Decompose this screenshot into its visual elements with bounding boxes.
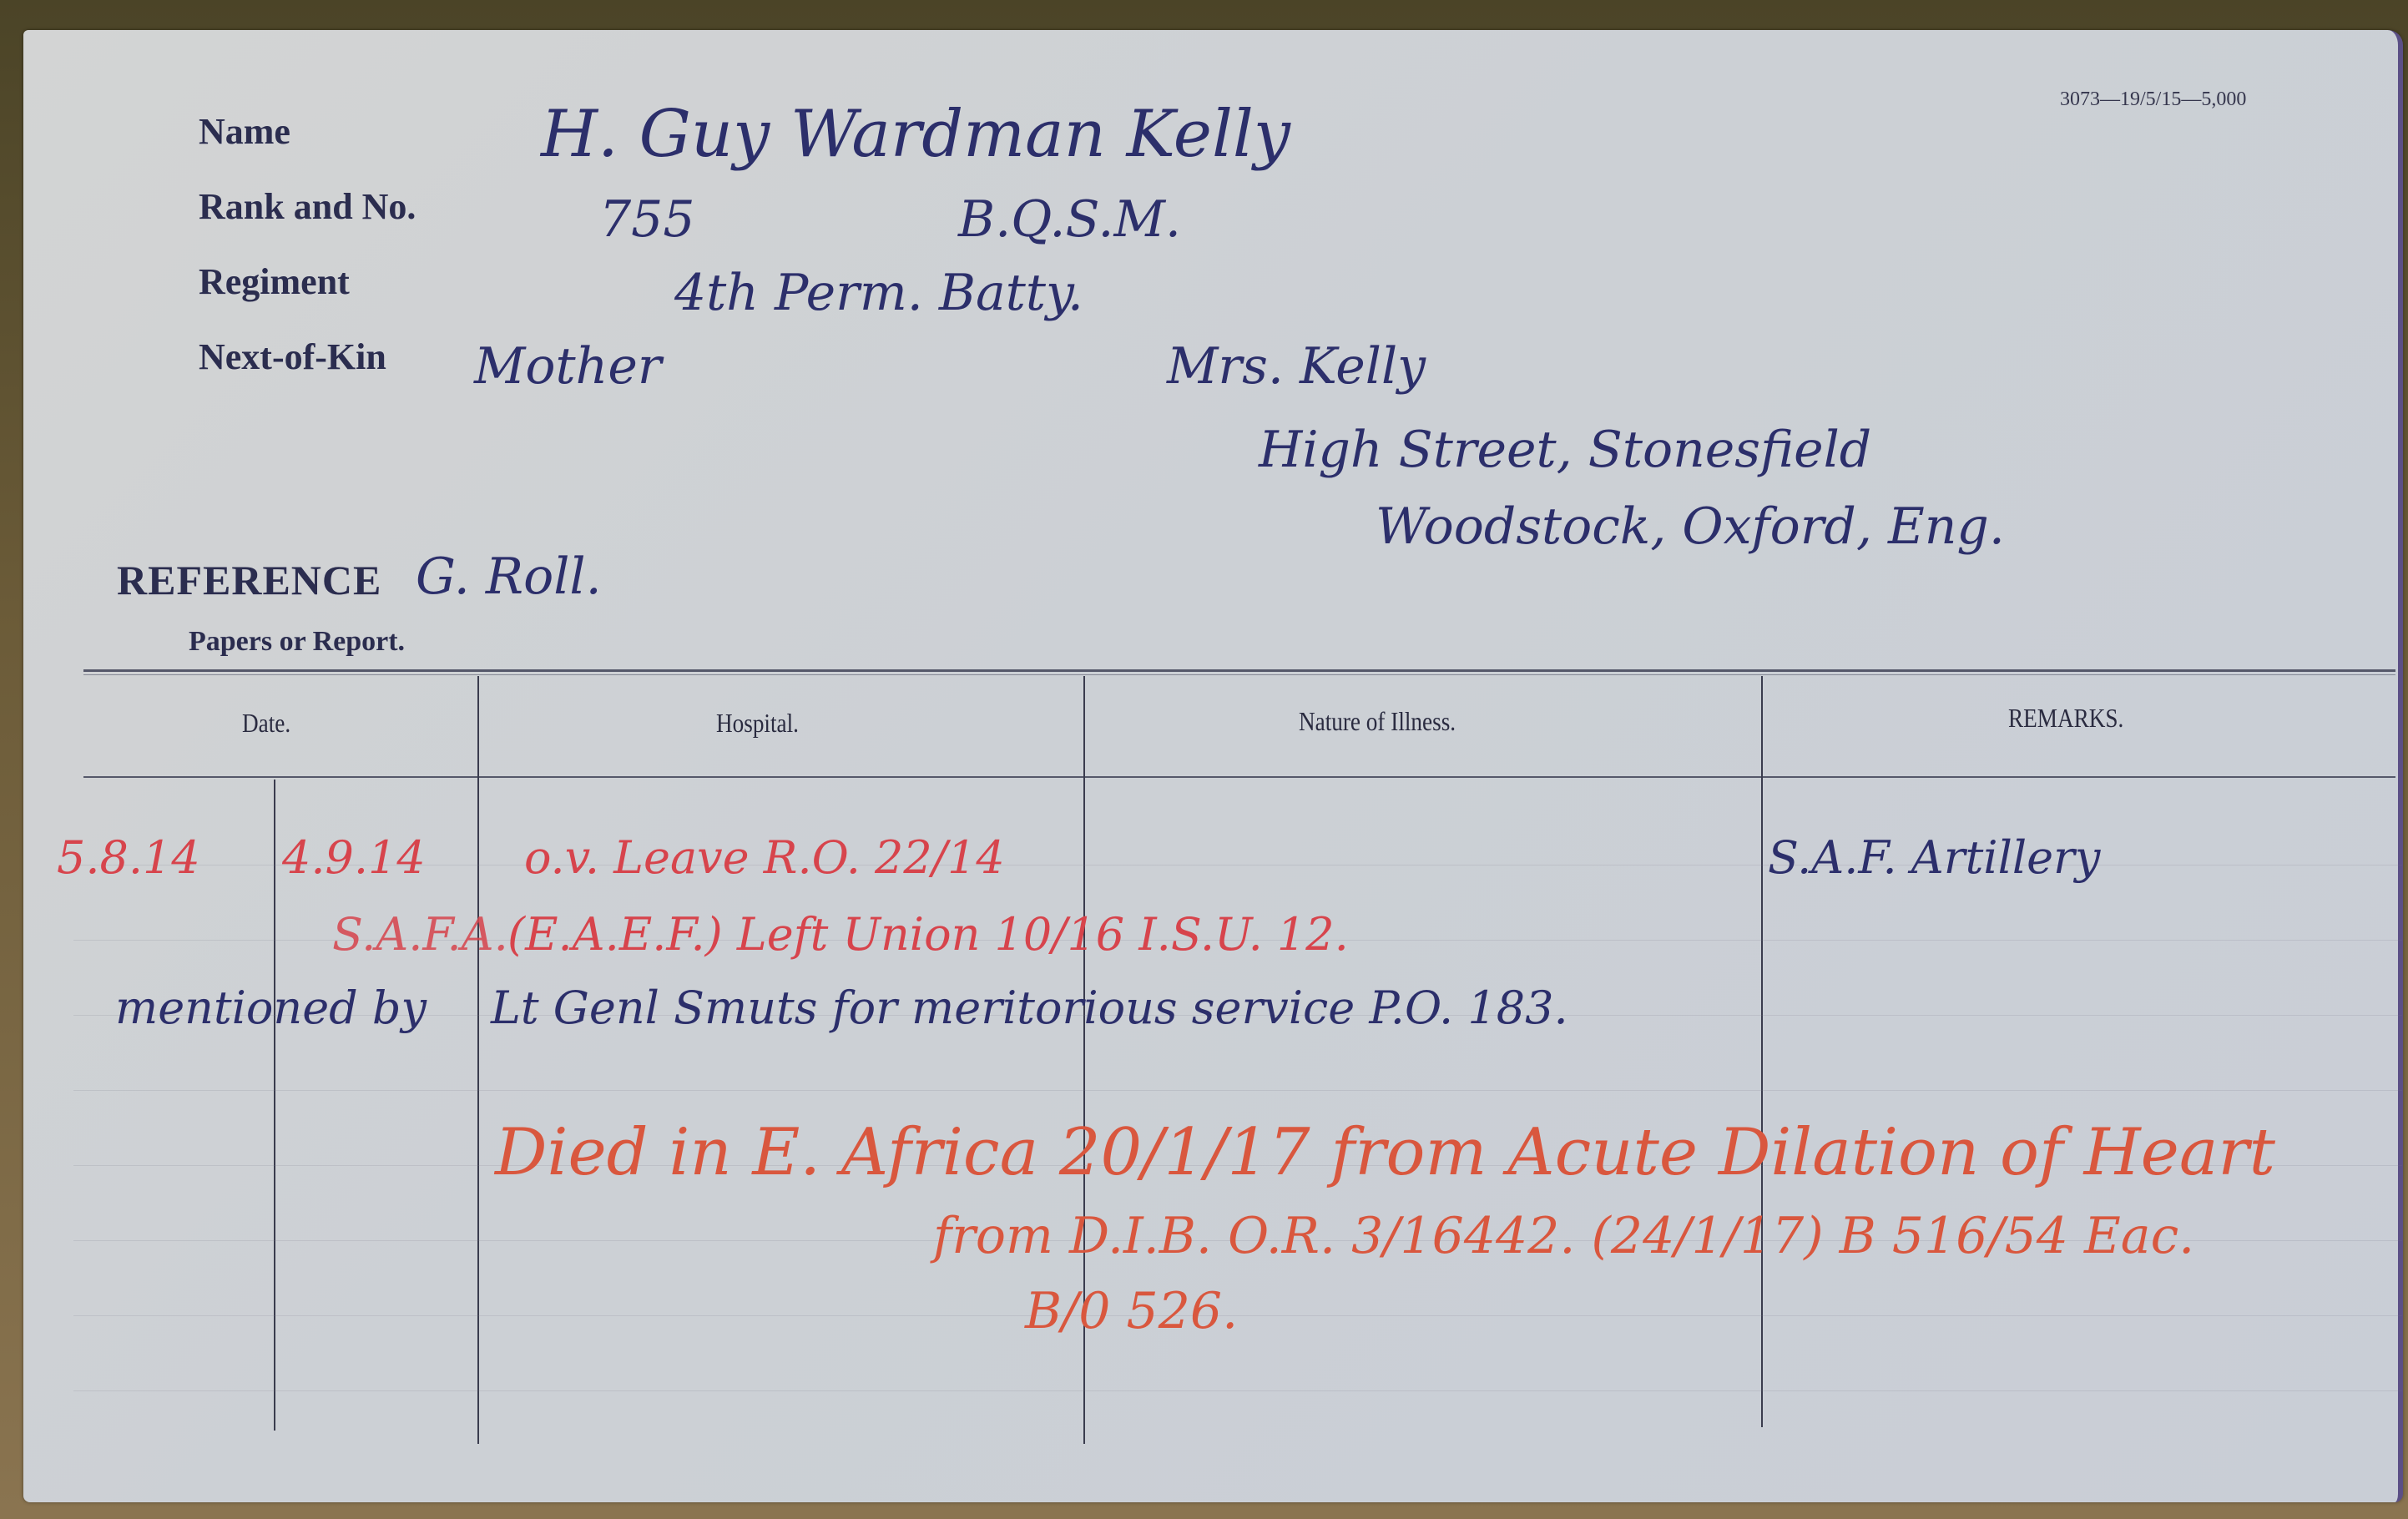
next-of-kin-address-2: Woodstock, Oxford, Eng. [1376,497,2005,556]
header-date: Date. [242,708,290,739]
name-value: H. Guy Wardman Kelly [541,97,1290,172]
entry-remarks: S.A.F. Artillery [1768,831,2100,884]
next-of-kin-relation: Mother [474,337,662,396]
next-of-kin-name: Mrs. Kelly [1167,337,1426,396]
entry-date-from: 5.8.14 [57,831,200,884]
entry-hospital-leave: o.v. Leave R.O. 22/14 [524,831,1005,884]
form-number: 3073—19/5/15—5,000 [2060,88,2246,111]
header-remarks: REMARKS. [2008,703,2123,734]
entry-death-line-2: from D.I.B. O.R. 3/16442. (24/1/17) B 51… [933,1207,2194,1265]
table-top-rule [83,669,2395,672]
entry-date-to: 4.9.14 [282,831,426,884]
entry-left-union: (E.A.E.F.) Left Union 10/16 I.S.U. 12. [507,908,1349,961]
reference-value: G. Roll. [416,548,602,606]
rank-value: B.Q.S.M. [958,190,1181,249]
service-number-value: 755 [599,190,695,249]
col-divider-illness-remarks [1761,676,1763,1427]
regiment-value: 4th Perm. Batty. [674,264,1083,322]
name-label: Name [199,110,290,153]
table-header-rule [83,776,2395,778]
regiment-label: Regiment [199,260,350,303]
entry-mentioned-by: mentioned by [115,982,427,1034]
entry-mention-text: Lt Genl Smuts for meritorious service P.… [491,982,1568,1034]
reference-label: REFERENCE [117,556,381,604]
service-record-card: 3073—19/5/15—5,000 Name Rank and No. Reg… [23,30,2403,1502]
papers-or-report-label: Papers or Report. [189,626,405,658]
entry-death-line-3: B/0 526. [1025,1282,1238,1340]
ruled-line [73,1090,2402,1091]
entry-unit: S.A.F.A. [332,908,508,961]
header-nature-of-illness: Nature of Illness. [1299,706,1456,737]
rank-label: Rank and No. [199,185,416,228]
next-of-kin-address-1: High Street, Stonesfield [1259,421,1871,479]
ruled-line [73,1390,2402,1391]
col-divider-date-hospital [477,676,479,1444]
table-top-rule-inner [83,674,2395,675]
entry-death-line-1: Died in E. Africa 20/1/17 from Acute Dil… [495,1115,2275,1190]
header-hospital: Hospital. [716,708,799,739]
col-divider-date-split [274,780,275,1431]
next-of-kin-label: Next-of-Kin [199,336,386,378]
